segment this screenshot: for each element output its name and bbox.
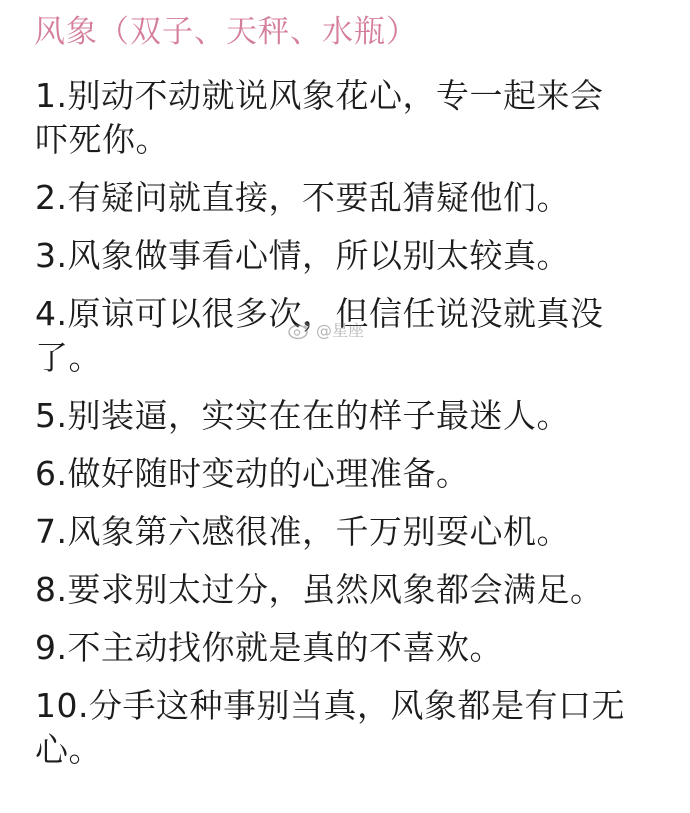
document-page: 风象（双子、天秤、水瓶） 1.别动不动就说风象花心，专一起来会吓死你。 2.有疑…: [0, 0, 690, 813]
list-item: 7.风象第六感很准，千万别耍心机。: [35, 510, 635, 554]
list-item: 2.有疑问就直接，不要乱猜疑他们。: [35, 176, 635, 220]
list-item: 8.要求别太过分，虽然风象都会满足。: [35, 568, 635, 612]
list-item: 3.风象做事看心情，所以别太较真。: [35, 234, 635, 278]
list-item: 1.别动不动就说风象花心，专一起来会吓死你。: [35, 74, 635, 162]
tips-list: 1.别动不动就说风象花心，专一起来会吓死你。 2.有疑问就直接，不要乱猜疑他们。…: [35, 74, 635, 786]
list-item: 4.原谅可以很多次，但信任说没就真没了。: [35, 292, 635, 380]
list-item: 10.分手这种事别当真，风象都是有口无心。: [35, 684, 635, 772]
list-item: 6.做好随时变动的心理准备。: [35, 452, 635, 496]
page-title: 风象（双子、天秤、水瓶）: [34, 12, 418, 52]
list-item: 5.别装逼，实实在在的样子最迷人。: [35, 394, 635, 438]
list-item: 9.不主动找你就是真的不喜欢。: [35, 626, 635, 670]
